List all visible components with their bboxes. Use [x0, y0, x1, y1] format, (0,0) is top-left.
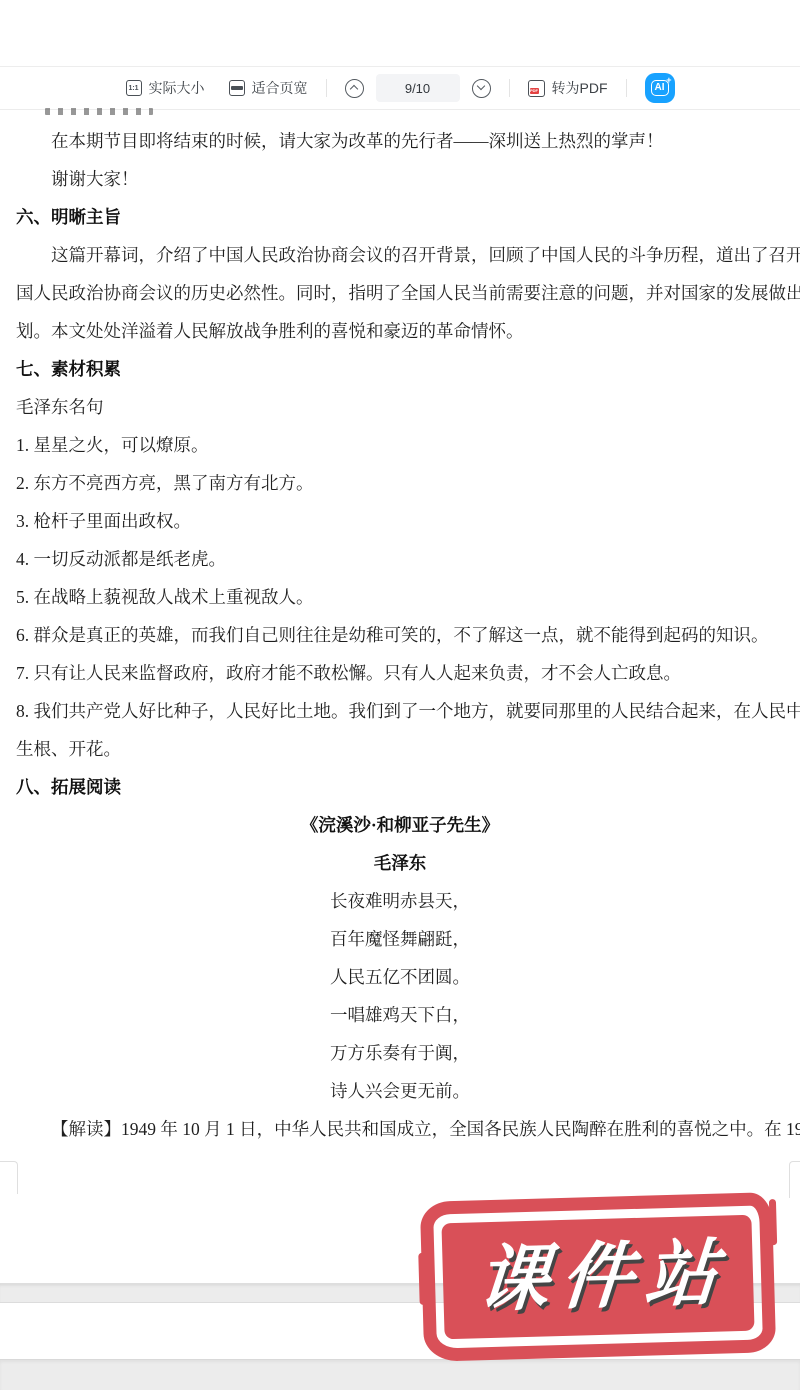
doc-line: 毛泽东名句	[16, 388, 784, 426]
doc-line: 1. 星星之火，可以燎原。	[16, 426, 784, 464]
chevron-down-icon	[476, 82, 484, 90]
doc-line: 在本期节目即将结束的时候，请大家为改革的先行者——深圳送上热烈的掌声！	[16, 122, 784, 160]
document-page-10-top	[0, 1303, 800, 1359]
doc-line: 这篇开幕词，介绍了中国人民政治协商会议的召开背景，回顾了中国人民的斗争历程，道出…	[16, 236, 784, 274]
fit-width-button[interactable]: 适合页宽	[229, 78, 308, 98]
ai-plus-icon: +	[666, 76, 671, 85]
doc-line: 划。本文处处洋溢着人民解放战争胜利的喜悦和豪迈的革命情怀。	[16, 312, 784, 350]
actual-size-icon: 1:1	[126, 80, 142, 96]
doc-line: 六、明晰主旨	[16, 198, 784, 236]
doc-line: 一唱雄鸡天下白，	[16, 996, 784, 1034]
doc-line: 谢谢大家！	[16, 160, 784, 198]
doc-line: 诗人兴会更无前。	[16, 1072, 784, 1110]
doc-line: 八、拓展阅读	[16, 768, 784, 806]
ai-assistant-button[interactable]: AI +	[645, 73, 675, 103]
document-text: 在本期节目即将结束的时候，请大家为改革的先行者——深圳送上热烈的掌声！谢谢大家！…	[16, 122, 784, 1148]
doc-line: 7. 只有让人民来监督政府，政府才能不敢松懈。只有人人起来负责，才不会人亡政息。	[16, 654, 784, 692]
page-gap-separator	[0, 1283, 800, 1303]
doc-line: 万方乐奏有于阗，	[16, 1034, 784, 1072]
next-page-button[interactable]	[472, 79, 491, 98]
chevron-up-icon	[349, 85, 357, 93]
doc-line: 《浣溪沙·和柳亚子先生》	[16, 806, 784, 844]
doc-line: 七、素材积累	[16, 350, 784, 388]
convert-to-pdf-button[interactable]: PDF 转为PDF	[528, 78, 608, 98]
toolbar-divider	[509, 79, 510, 97]
bottom-background-band	[0, 1359, 800, 1390]
doc-line: 生根、开花。	[16, 730, 784, 768]
doc-line: 百年魔怪舞翩跹，	[16, 920, 784, 958]
actual-size-label: 实际大小	[149, 78, 205, 98]
page-corner-right	[789, 1161, 800, 1198]
document-page-9: 在本期节目即将结束的时候，请大家为改革的先行者——深圳送上热烈的掌声！谢谢大家！…	[0, 110, 800, 1283]
viewer-toolbar: 1:1 实际大小 适合页宽 9/10 PDF 转为PDF AI +	[0, 66, 800, 110]
doc-line: 6. 群众是真正的英雄，而我们自己则往往是幼稚可笑的，不了解这一点，就不能得到起…	[16, 616, 784, 654]
convert-to-pdf-label: 转为PDF	[552, 78, 608, 98]
pdf-convert-icon: PDF	[528, 80, 545, 97]
doc-line: 4. 一切反动派都是纸老虎。	[16, 540, 784, 578]
actual-size-button[interactable]: 1:1 实际大小	[126, 78, 205, 98]
previous-page-button[interactable]	[345, 79, 364, 98]
page-corner-left	[0, 1161, 18, 1194]
toolbar-divider	[626, 79, 627, 97]
doc-line: 3. 枪杆子里面出政权。	[16, 502, 784, 540]
clipped-text-fragment	[45, 108, 153, 115]
page-indicator[interactable]: 9/10	[376, 74, 460, 102]
doc-line: 【解读】1949 年 10 月 1 日，中华人民共和国成立，全国各民族人民陶醉在…	[16, 1110, 784, 1148]
doc-line: 长夜难明赤县天，	[16, 882, 784, 920]
fit-width-label: 适合页宽	[252, 78, 308, 98]
doc-line: 毛泽东	[16, 844, 784, 882]
doc-line: 5. 在战略上藐视敌人战术上重视敌人。	[16, 578, 784, 616]
toolbar-divider	[326, 79, 327, 97]
doc-line: 2. 东方不亮西方亮，黑了南方有北方。	[16, 464, 784, 502]
doc-line: 人民五亿不团圆。	[16, 958, 784, 996]
fit-width-icon	[229, 80, 245, 96]
doc-line: 8. 我们共产党人好比种子，人民好比土地。我们到了一个地方，就要同那里的人民结合…	[16, 692, 784, 730]
doc-line: 国人民政治协商会议的历史必然性。同时，指明了全国人民当前需要注意的问题，并对国家…	[16, 274, 784, 312]
